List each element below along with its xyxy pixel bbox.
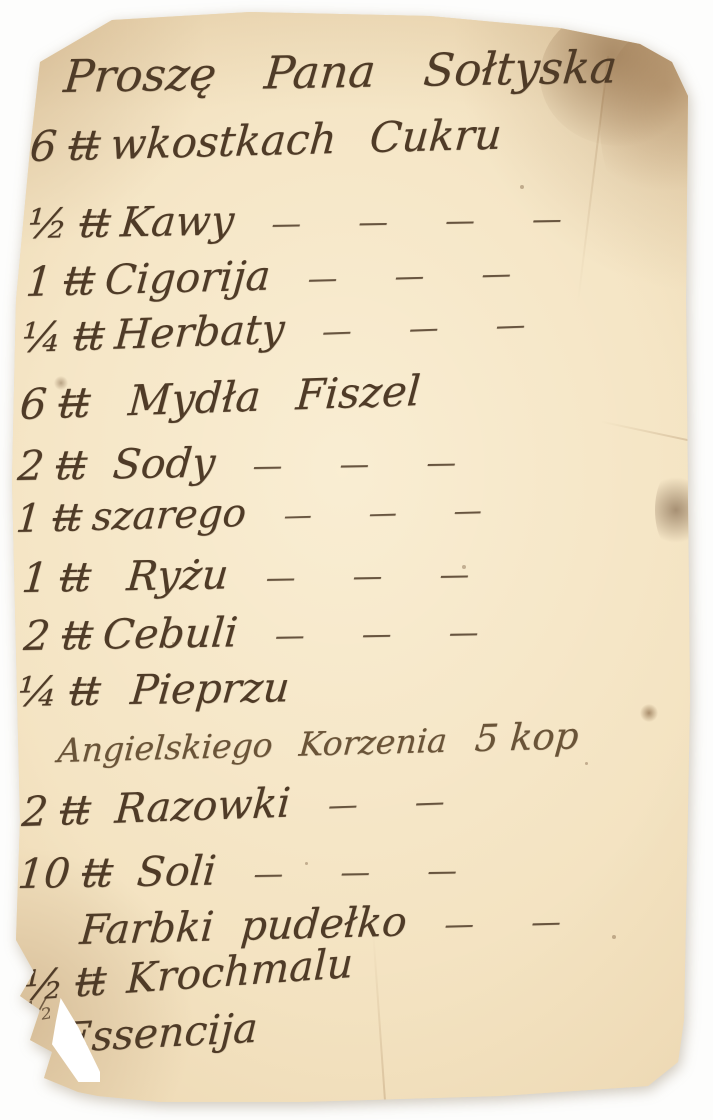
quantity: 6 [28,121,59,171]
tally-dashes: — — [443,904,586,942]
scan-background: Proszę Pana Sołtyska 6 tt wkostkach Cukr… [0,0,713,1120]
quantity: ½ [26,199,70,248]
pound-unit: tt [62,256,95,305]
pound-unit: tt [58,786,90,835]
item-name: Ryżu [125,550,231,600]
item-name: Angielskiego Korzenia [56,721,448,770]
line-chicory: 1 tt Cigorija — — — [24,245,537,306]
pound-unit: tt [72,311,104,360]
line-coffee: ½ tt Kawy — — — — [26,190,588,248]
tally-dashes: — — — [251,445,481,483]
line-pepper: ¼ tt Pieprzu [16,663,292,716]
title-line: Proszę Pana Sołtyska [62,40,620,103]
quantity: 2 [16,442,46,491]
line-salt: 10 tt Soli — — — [16,842,484,898]
quantity: 2 [22,612,52,661]
paper-speck [612,935,616,939]
pound-unit: tt [58,553,91,602]
line-sugar-cubes: 6 tt wkostkach Cukru [28,110,504,171]
line-allspice: Angielskiego Korzenia 5 kop [56,714,580,771]
item-name: Mydła Fiszel [127,366,422,425]
quantity: 2 [20,787,49,836]
line-onions: 2 tt Cebuli — — — [22,604,505,660]
item-name: Herbaty [113,305,286,359]
paper-speck [585,762,588,765]
line-rice: 1 tt Ryżu — — — [20,546,496,602]
quantity: 6 [18,379,48,429]
quantity: 1 [20,554,50,603]
pound-unit: tt [67,120,101,170]
quantity: 10 [16,849,72,898]
quantity: 1 [14,496,42,542]
tally-dashes: — — [327,783,470,822]
paper-sheet: Proszę Pana Sołtyska 6 tt wkostkach Cukr… [0,0,713,1120]
line-soda: 2 tt Sody — — — [16,434,483,490]
torn-fragment: ½ [23,992,55,1029]
item-name: Kawy [119,196,237,246]
item-name: wkostkach Cukru [109,110,504,169]
tally-dashes: — — — [283,493,508,532]
item-name: Proszę Pana Sołtyska [62,40,620,103]
tally-dashes: — — — [252,853,482,891]
line-gray-soap: 1 tt szarego — — — [14,484,508,542]
pound-unit: tt [75,956,106,1006]
pound-unit: tt [78,199,111,248]
line-starch: ½ tt Krochmalu [23,939,354,1010]
pound-unit: tt [54,441,87,490]
quantity: ¼ [16,667,60,716]
pound-unit: tt [68,667,101,716]
pound-unit: tt [51,495,82,541]
paper-speck [520,185,524,189]
price: 5 kop [473,714,580,760]
pound-unit: tt [57,378,90,428]
line-soap-fiszel: 6 tt Mydła Fiszel [18,366,422,429]
item-name: Sody [111,439,217,489]
tally-dashes: — — — [264,557,494,595]
crease-bottom-center [372,930,386,1100]
pound-unit: tt [80,848,113,897]
stain-small-dot [640,704,658,722]
item-name: szarego [90,491,247,540]
tally-dashes: — — — — [270,201,587,241]
item-name: Cebuli [101,608,240,658]
item-name: Razowki [113,779,292,833]
tally-dashes: — — — [321,307,551,349]
line-rye-flour: 2 tt Razowki — — [20,772,470,836]
line-tea: ¼ tt Herbaty — — — [20,296,551,363]
pound-unit: tt [60,611,93,660]
crease-mid-right [601,421,689,442]
item-name: Pieprzu [129,663,292,714]
quantity: ¼ [20,313,63,363]
item-name: Cigorija [103,252,272,304]
tally-dashes: — — — [307,256,537,296]
tally-dashes: — — — [274,615,504,653]
stain-right-edge [655,468,697,552]
quantity: 1 [24,257,54,306]
item-name: Soli [135,847,218,896]
